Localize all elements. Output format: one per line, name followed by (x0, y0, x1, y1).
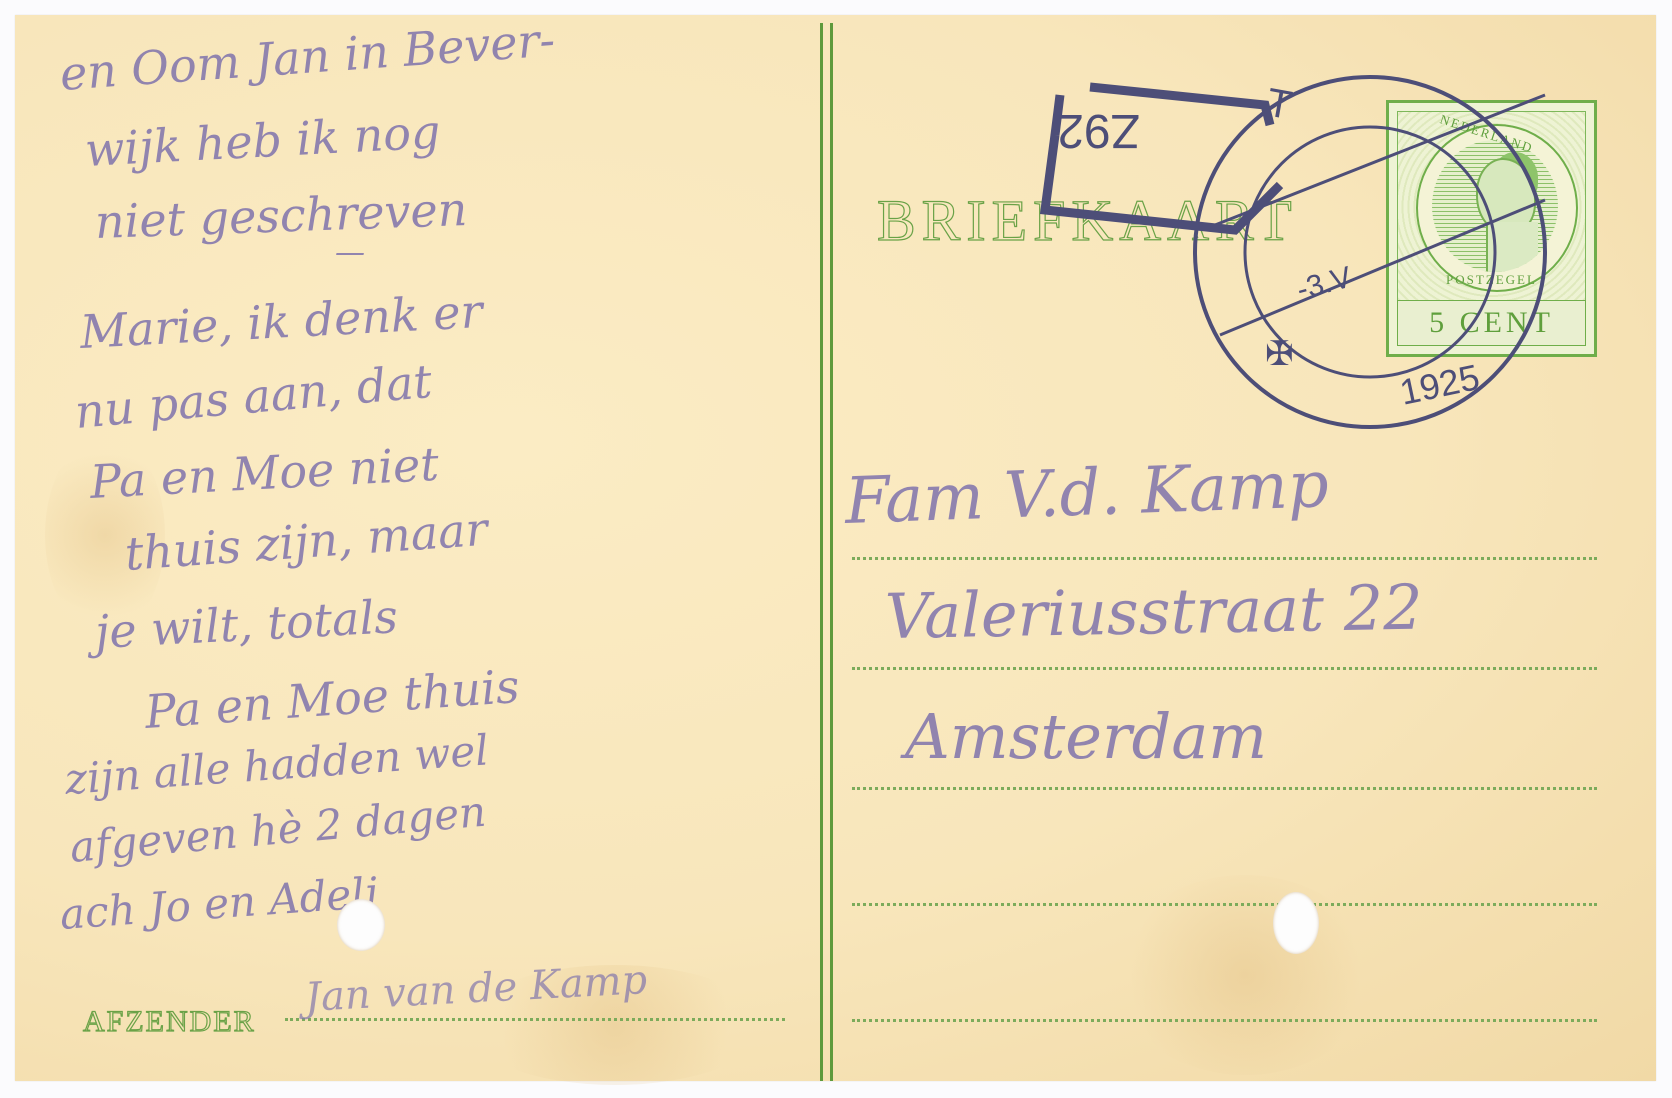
postcard: en Oom Jan in Bever- wijk heb ik nog nie… (15, 15, 1656, 1081)
postmark-icon: Z92 T -3.V 1925 ✠ (15, 15, 1656, 1081)
box-cancel-number: Z92 (1057, 104, 1140, 157)
svg-text:-3.V: -3.V (1293, 261, 1355, 307)
svg-text:1925: 1925 (1396, 356, 1483, 413)
svg-text:✠: ✠ (1265, 334, 1294, 374)
svg-text:T: T (1263, 81, 1295, 129)
